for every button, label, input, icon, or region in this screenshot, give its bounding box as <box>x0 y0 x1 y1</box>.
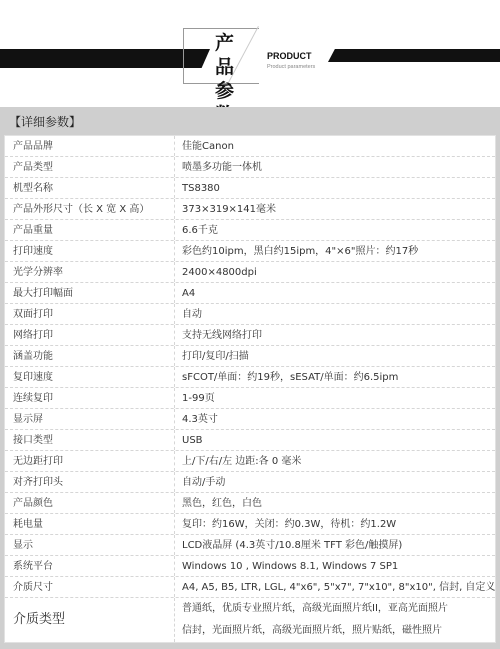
table-row: 耗电量复印：约16W，关闭：约0.3W，待机：约1.2W <box>5 514 495 535</box>
spec-label: 网络打印 <box>5 325 175 345</box>
spec-value: 自动 <box>175 304 495 324</box>
spec-value: 彩色约10ipm，黑白约15ipm，4"×6"照片：约17秒 <box>175 241 495 261</box>
spec-value: 自动/手动 <box>175 472 495 492</box>
spec-value: 6.6千克 <box>175 220 495 240</box>
spec-label: 打印速度 <box>5 241 175 261</box>
table-row: 复印速度sFCOT/单面：约19秒，sESAT/单面：约6.5ipm <box>5 367 495 388</box>
table-row: 最大打印幅面A4 <box>5 283 495 304</box>
spec-label: 耗电量 <box>5 514 175 534</box>
table-row-media-type: 介质类型 普通纸，优质专业照片纸，高级光面照片纸II，亚高光面照片 信封，光面照… <box>5 598 495 642</box>
spec-value: 复印：约16W，关闭：约0.3W，待机：约1.2W <box>175 514 495 534</box>
banner-title-line1: 产 品 <box>215 31 261 79</box>
table-row: 产品类型喷墨多功能一体机 <box>5 157 495 178</box>
spec-value: 4.3英寸 <box>175 409 495 429</box>
table-row: 打印速度彩色约10ipm，黑白约15ipm，4"×6"照片：约17秒 <box>5 241 495 262</box>
spec-panel: 【详细参数】 产品品牌佳能Canon 产品类型喷墨多功能一体机 机型名称TS83… <box>0 107 500 649</box>
spec-value-multiline: 普通纸，优质专业照片纸，高级光面照片纸II，亚高光面照片 信封，光面照片纸，高级… <box>175 598 495 642</box>
table-row: 涵盖功能打印/复印/扫描 <box>5 346 495 367</box>
spec-value: 打印/复印/扫描 <box>175 346 495 366</box>
table-row: 显示LCD液晶屏 (4.3英寸/10.8厘米 TFT 彩色/触摸屏) <box>5 535 495 556</box>
spec-label: 光学分辨率 <box>5 262 175 282</box>
table-row: 系统平台Windows 10 , Windows 8.1, Windows 7 … <box>5 556 495 577</box>
spec-value-line: 信封，光面照片纸，高级光面照片纸，照片贴纸，磁性照片 <box>182 620 495 642</box>
spec-label: 产品颜色 <box>5 493 175 513</box>
table-row: 无边距打印上/下/右/左 边距:各 0 毫米 <box>5 451 495 472</box>
table-row: 连续复印1-99页 <box>5 388 495 409</box>
banner-title-en: PRODUCT <box>267 51 312 61</box>
table-row: 机型名称TS8380 <box>5 178 495 199</box>
spec-label: 涵盖功能 <box>5 346 175 366</box>
spec-value: A4, A5, B5, LTR, LGL, 4"x6", 5"x7", 7"x1… <box>175 577 495 597</box>
spec-value: 1-99页 <box>175 388 495 408</box>
spec-label: 对齐打印头 <box>5 472 175 492</box>
spec-label: 最大打印幅面 <box>5 283 175 303</box>
spec-value: LCD液晶屏 (4.3英寸/10.8厘米 TFT 彩色/触摸屏) <box>175 535 495 555</box>
spec-label: 双面打印 <box>5 304 175 324</box>
table-row: 双面打印自动 <box>5 304 495 325</box>
spec-value-line: 普通纸，优质专业照片纸，高级光面照片纸II，亚高光面照片 <box>182 598 495 620</box>
spec-value: USB <box>175 430 495 450</box>
table-row: 介质尺寸A4, A5, B5, LTR, LGL, 4"x6", 5"x7", … <box>5 577 495 598</box>
table-row: 光学分辨率2400×4800dpi <box>5 262 495 283</box>
spec-label: 显示 <box>5 535 175 555</box>
spec-value: TS8380 <box>175 178 495 198</box>
table-row: 网络打印支持无线网络打印 <box>5 325 495 346</box>
spec-value: 佳能Canon <box>175 136 495 156</box>
table-row: 产品品牌佳能Canon <box>5 136 495 157</box>
spec-value: 2400×4800dpi <box>175 262 495 282</box>
spec-label: 介质类型 <box>5 598 175 642</box>
spec-value: 上/下/右/左 边距:各 0 毫米 <box>175 451 495 471</box>
spec-label: 产品重量 <box>5 220 175 240</box>
spec-value: 黑色，红色，白色 <box>175 493 495 513</box>
spec-label: 产品类型 <box>5 157 175 177</box>
spec-label: 复印速度 <box>5 367 175 387</box>
banner-subtitle-en: Product parameters <box>267 64 315 70</box>
panel-header: 【详细参数】 <box>0 107 500 135</box>
decorative-bar-left <box>0 49 210 68</box>
spec-label: 系统平台 <box>5 556 175 576</box>
table-row: 产品外形尺寸（长 X 宽 X 高）373×319×141毫米 <box>5 199 495 220</box>
spec-label: 介质尺寸 <box>5 577 175 597</box>
spec-value: 支持无线网络打印 <box>175 325 495 345</box>
decorative-bar-right <box>328 49 500 62</box>
table-row: 接口类型USB <box>5 430 495 451</box>
spec-label: 接口类型 <box>5 430 175 450</box>
spec-label: 产品外形尺寸（长 X 宽 X 高） <box>5 199 175 219</box>
spec-value: A4 <box>175 283 495 303</box>
product-banner: 产 品 参 数 PRODUCT Product parameters <box>0 0 500 108</box>
spec-label: 机型名称 <box>5 178 175 198</box>
table-row: 对齐打印头自动/手动 <box>5 472 495 493</box>
spec-label: 连续复印 <box>5 388 175 408</box>
table-row: 产品重量6.6千克 <box>5 220 495 241</box>
table-row: 显示屏4.3英寸 <box>5 409 495 430</box>
spec-value: 373×319×141毫米 <box>175 199 495 219</box>
spec-label: 显示屏 <box>5 409 175 429</box>
spec-label: 产品品牌 <box>5 136 175 156</box>
spec-value: Windows 10 , Windows 8.1, Windows 7 SP1 <box>175 556 495 576</box>
spec-value: sFCOT/单面：约19秒，sESAT/单面：约6.5ipm <box>175 367 495 387</box>
spec-table: 产品品牌佳能Canon 产品类型喷墨多功能一体机 机型名称TS8380 产品外形… <box>4 135 496 643</box>
spec-label: 无边距打印 <box>5 451 175 471</box>
spec-value: 喷墨多功能一体机 <box>175 157 495 177</box>
table-row: 产品颜色黑色，红色，白色 <box>5 493 495 514</box>
